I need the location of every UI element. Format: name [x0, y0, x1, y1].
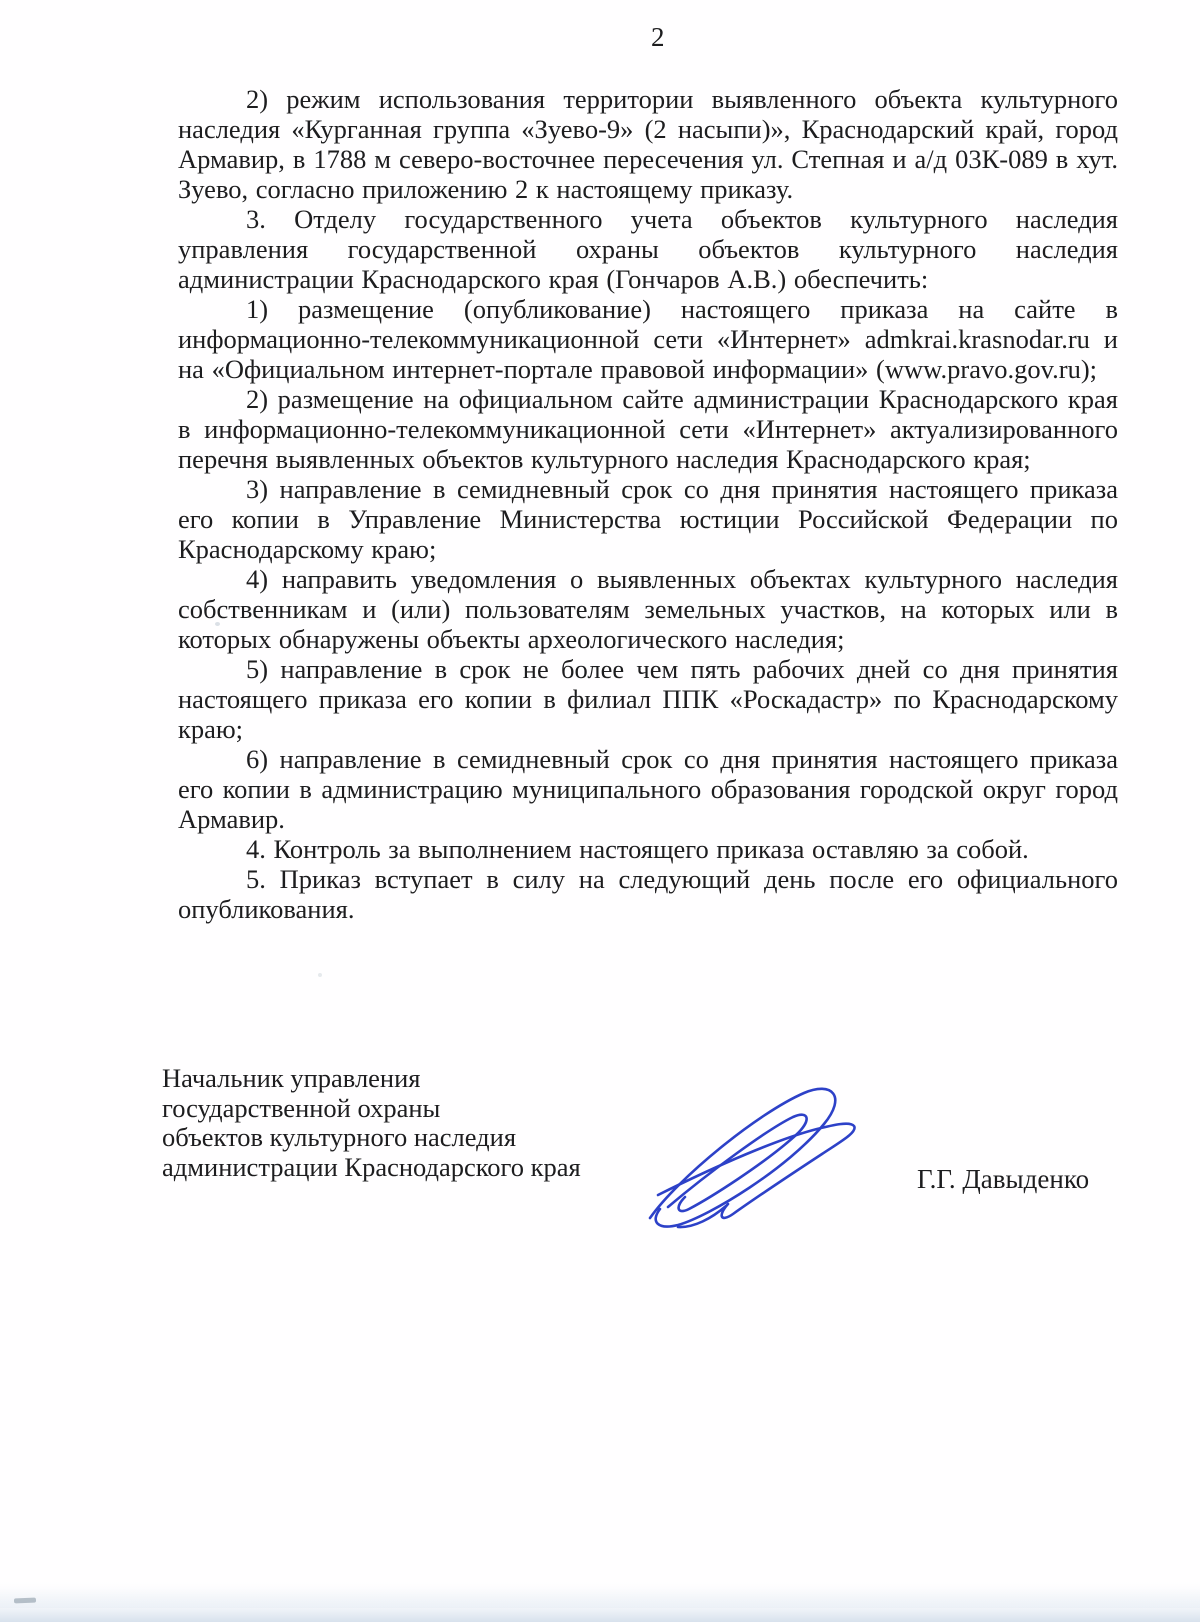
signatory-name: Г.Г. Давыденко: [917, 1164, 1089, 1195]
signatory-title-line: Начальник управления: [162, 1064, 581, 1094]
signatory-title-line: объектов культурного наследия: [162, 1123, 581, 1153]
signatory-title-line: государственной охраны: [162, 1094, 581, 1124]
paragraph-subitem-5-roskadastr: 5) направление в срок не более чем пять …: [178, 654, 1118, 744]
paragraph-point-5-effective: 5. Приказ вступает в силу на следующий д…: [178, 864, 1118, 924]
scan-speck-artifact: [318, 973, 322, 977]
paragraph-subitem-2-site: 2) размещение на официальном сайте админ…: [178, 384, 1118, 474]
paragraph-subitem-4-notices: 4) направить уведомления о выявленных об…: [178, 564, 1118, 654]
paragraph-point-3-otdel: 3. Отделу государственного учета объекто…: [178, 204, 1118, 294]
paragraph-subitem-3-justice: 3) направление в семидневный срок со дня…: [178, 474, 1118, 564]
paragraph-subitem-6-armavir: 6) направление в семидневный срок со дня…: [178, 744, 1118, 834]
handwritten-signature-icon: [626, 1076, 861, 1236]
scan-speck-artifact: [215, 622, 220, 626]
paragraph-point-4-control: 4. Контроль за выполнением настоящего пр…: [178, 834, 1118, 864]
scan-corner-mark-artifact: [14, 1598, 36, 1604]
signatory-title-block: Начальник управления государственной охр…: [162, 1064, 581, 1182]
document-body: 2) режим использования территории выявле…: [178, 84, 1118, 924]
scan-bottom-edge-artifact: [0, 1588, 1200, 1622]
page-number: 2: [58, 22, 1200, 53]
paragraph-item-2-regime: 2) режим использования территории выявле…: [178, 84, 1118, 204]
signatory-title-line: администрации Краснодарского края: [162, 1153, 581, 1183]
paragraph-subitem-1-publication: 1) размещение (опубликование) настоящего…: [178, 294, 1118, 384]
scanned-document-page: 2 2) режим использования территории выяв…: [0, 0, 1200, 1622]
